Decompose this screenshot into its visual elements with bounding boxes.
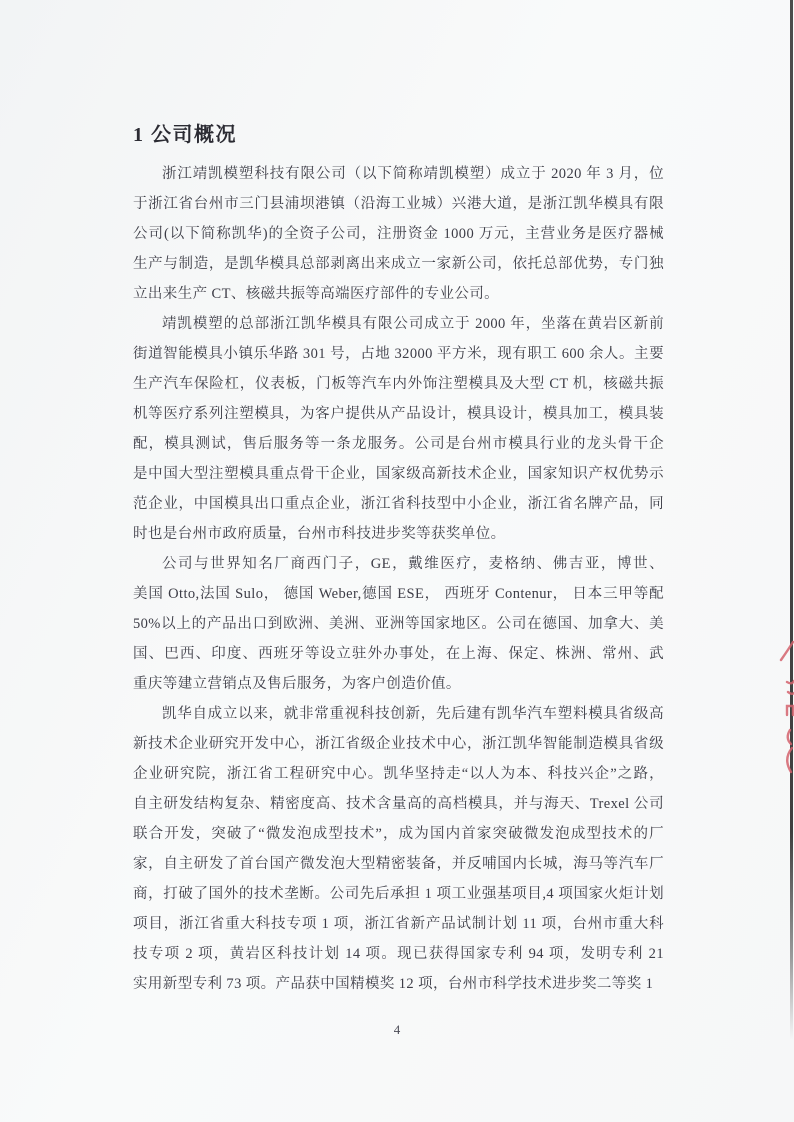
paragraph-line: 立出来生产 CT、核磁共振等高端医疗部件的专业公司。 bbox=[133, 279, 664, 309]
paragraph-line: 企业研究院，浙江省工程研究中心。凯华坚持走“以人为本、科技兴企”之路， bbox=[133, 759, 664, 789]
paragraph-line: 凯华自成立以来，就非常重视科技创新，先后建有凯华汽车塑料模具省级高 bbox=[133, 699, 664, 729]
paragraph-line: 生产汽车保险杠，仪表板，门板等汽车内外饰注塑模具及大型 CT 机，核磁共振 bbox=[133, 369, 664, 399]
paragraph-line: 机等医疗系列注塑模具，为客户提供从产品设计，模具设计，模具加工，模具装 bbox=[133, 399, 664, 429]
paragraph-company-intro: 浙江靖凯模塑科技有限公司（以下简称靖凯模塑）成立于 2020 年 3 月，位 于… bbox=[133, 159, 664, 309]
paragraph-line: 时也是台州市政府质量，台州市科技进步奖等获奖单位。 bbox=[133, 519, 664, 549]
paragraph-line: 街道智能模具小镇乐华路 301 号，占地 32000 平方米，现有职工 600 … bbox=[133, 339, 664, 369]
red-ink-annotation-icon bbox=[778, 638, 794, 778]
paragraph-line: 家，自主研发了首台国产微发泡大型精密装备，并反哺国内长城，海马等汽车厂 bbox=[133, 849, 664, 879]
document-body: 1 公司概况 浙江靖凯模塑科技有限公司（以下简称靖凯模塑）成立于 2020 年 … bbox=[133, 122, 664, 999]
paragraph-line: 公司与世界知名厂商西门子，GE，戴维医疗，麦格纳、佛吉亚，博世、PAPP， bbox=[133, 549, 664, 579]
scan-edge-shadow bbox=[790, 0, 793, 1040]
paragraph-line: 范企业，中国模具出口重点企业，浙江省科技型中小企业，浙江省名牌产品，同 bbox=[133, 489, 664, 519]
paragraph-line: 项目，浙江省重大科技专项 1 项，浙江省新产品试制计划 11 项，台州市重大科 bbox=[133, 909, 664, 939]
page-number: 4 bbox=[0, 1022, 794, 1038]
paragraph-innovation: 凯华自成立以来，就非常重视科技创新，先后建有凯华汽车塑料模具省级高 新技术企业研… bbox=[133, 699, 664, 999]
paragraph-line: 美国 Otto,法国 Sulo， 德国 Weber,德国 ESE， 西班牙 Co… bbox=[133, 579, 664, 609]
paragraph-line: 商，打破了国外的技术垄断。公司先后承担 1 项工业强基项目,4 项国家火炬计划 bbox=[133, 879, 664, 909]
scanned-document-page: 1 公司概况 浙江靖凯模塑科技有限公司（以下简称靖凯模塑）成立于 2020 年 … bbox=[0, 0, 794, 1122]
paragraph-line: 自主研发结构复杂、精密度高、技术含量高的高档模具，并与海天、Trexel 公司 bbox=[133, 789, 664, 819]
paragraph-customers: 公司与世界知名厂商西门子，GE，戴维医疗，麦格纳、佛吉亚，博世、PAPP， 美国… bbox=[133, 549, 664, 699]
paragraph-headquarters: 靖凯模塑的总部浙江凯华模具有限公司成立于 2000 年，坐落在黄岩区新前 街道智… bbox=[133, 309, 664, 549]
paragraph-line: 配，模具测试，售后服务等一条龙服务。公司是台州市模具行业的龙头骨干企业， bbox=[133, 429, 664, 459]
paragraph-line: 靖凯模塑的总部浙江凯华模具有限公司成立于 2000 年，坐落在黄岩区新前 bbox=[133, 309, 664, 339]
paragraph-line: 生产与制造，是凯华模具总部剥离出来成立一家新公司，依托总部优势，专门独 bbox=[133, 249, 664, 279]
paragraph-line: 实用新型专利 73 项。产品获中国精模奖 12 项，台州市科学技术进步奖二等奖 … bbox=[133, 969, 664, 999]
paragraph-line: 是中国大型注塑模具重点骨干企业，国家级高新技术企业，国家知识产权优势示 bbox=[133, 459, 664, 489]
paragraph-line: 重庆等建立营销点及售后服务，为客户创造价值。 bbox=[133, 669, 664, 699]
paragraph-line: 浙江靖凯模塑科技有限公司（以下简称靖凯模塑）成立于 2020 年 3 月，位 bbox=[133, 159, 664, 189]
paragraph-line: 新技术企业研究开发中心，浙江省级企业技术中心，浙江凯华智能制造模具省级 bbox=[133, 729, 664, 759]
paragraph-line: 公司(以下简称凯华)的全资子公司，注册资金 1000 万元，主营业务是医疗器械 bbox=[133, 219, 664, 249]
paragraph-line: 国、巴西、印度、西班牙等设立驻外办事处，在上海、保定、株洲、常州、武汉、 bbox=[133, 639, 664, 669]
paragraph-line: 于浙江省台州市三门县浦坝港镇（沿海工业城）兴港大道，是浙江凯华模具有限 bbox=[133, 189, 664, 219]
paragraph-line: 技专项 2 项，黄岩区科技计划 14 项。现已获得国家专利 94 项，发明专利 … bbox=[133, 939, 664, 969]
section-heading: 1 公司概况 bbox=[133, 122, 664, 148]
paragraph-line: 联合开发，突破了“微发泡成型技术”，成为国内首家突破微发泡成型技术的厂 bbox=[133, 819, 664, 849]
paragraph-line: 50%以上的产品出口到欧洲、美洲、亚洲等国家地区。公司在德国、加拿大、美 bbox=[133, 609, 664, 639]
